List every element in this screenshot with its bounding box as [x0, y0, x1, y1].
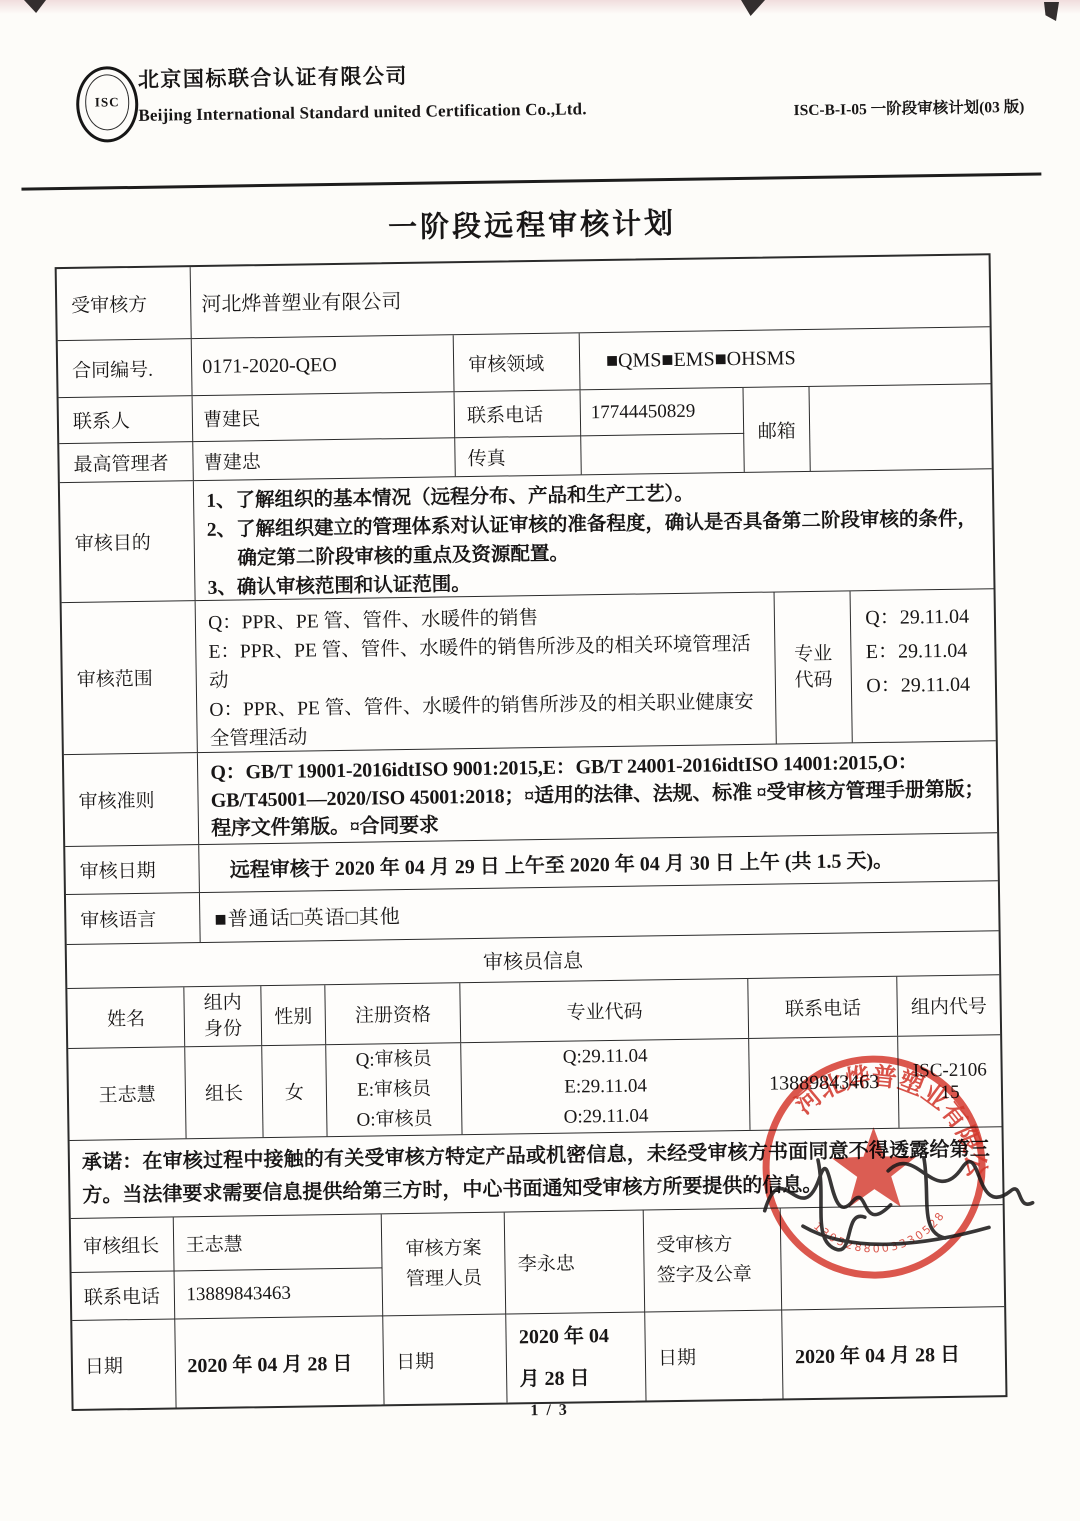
isc-logo-inner-ring: ISC: [85, 74, 130, 131]
leader-label: 审核组长: [71, 1217, 174, 1273]
manager-date: 2020 年 04 月 28 日: [507, 1312, 647, 1402]
row-contacts: 联系人 曹建民 联系电话 17744450829 邮箱 最高管理者 曹建忠 传真: [59, 384, 992, 483]
contract-label: 合同编号.: [58, 339, 193, 397]
company-name-cn: 北京国标联合认证有限公司: [138, 50, 1070, 94]
row-scope: 审核范围 Q：PPR、PE 管、管件、水暖件的销售 E：PPR、PE 管、管件、…: [62, 589, 996, 755]
specialty-code-line: E：29.11.04: [866, 633, 995, 669]
document-header: ISC 北京国标联合认证有限公司 Beijing International S…: [0, 48, 1071, 184]
purpose-content: 1、了解组织的基本情况（远程分布、产品和生产工艺）。 2、了解组织建立的管理体系…: [194, 469, 993, 600]
col-header-gender: 性别: [261, 985, 326, 1045]
auditor-name: 王志慧: [68, 1047, 187, 1140]
fax-label: 传真: [455, 436, 581, 476]
row-purpose: 审核目的 1、了解组织的基本情况（远程分布、产品和生产工艺）。 2、了解组织建立…: [60, 469, 994, 603]
contact-label: 联系人: [59, 396, 194, 444]
scope-content: Q：PPR、PE 管、管件、水暖件的销售 E：PPR、PE 管、管件、水暖件的销…: [196, 593, 777, 753]
leader-phone-label: 联系电话: [72, 1271, 175, 1321]
document-code: ISC-B-I-05 一阶段审核计划(03 版): [793, 95, 1024, 120]
page-title: 一阶段远程审核计划: [0, 195, 1072, 252]
handwritten-signature: [747, 1111, 1049, 1275]
leader-date: 2020 年 04 月 28 日: [175, 1316, 385, 1407]
scheme-manager-value: 李永忠: [505, 1211, 645, 1315]
audit-date-label: 审核日期: [65, 845, 200, 894]
col-header-name: 姓名: [67, 987, 185, 1048]
col-header-qualification: 注册资格: [325, 983, 461, 1044]
leader-phone-value: 13889843463: [174, 1268, 383, 1319]
scope-line: E：PPR、PE 管、管件、水暖件的销售所涉及的相关环境管理活动: [208, 630, 763, 696]
fax-value: [581, 434, 745, 474]
criteria-label: 审核准则: [64, 753, 200, 846]
specialty-code-label: 专业代码: [775, 591, 854, 743]
date-label-manager: 日期: [384, 1315, 508, 1405]
phone-value: 17744450829: [580, 388, 744, 436]
contact-value: 曹建民: [193, 392, 456, 442]
scope-line: O：PPR、PE 管、管件、水暖件的销售所涉及的相关职业健康安全管理活动: [209, 688, 764, 754]
purpose-label: 审核目的: [60, 481, 196, 602]
criteria-value: Q：GB/T 19001-2016idtISO 9001:2015,E：GB/T…: [198, 741, 997, 844]
email-value: [810, 384, 992, 471]
auditor-qualifications: Q:审核员 E:审核员 O:审核员: [326, 1043, 462, 1136]
auditee-date: 2020 年 04 月 28 日: [782, 1307, 1005, 1398]
contract-value: 0171-2020-QEO: [192, 335, 455, 395]
scope-label: 审核范围: [62, 601, 198, 754]
col-header-team-code: 组内代号: [898, 975, 1001, 1036]
col-header-code: 专业代码: [461, 979, 750, 1042]
specialty-code-line: Q：29.11.04: [865, 599, 994, 635]
specialty-code-line: O：29.11.04: [866, 667, 995, 703]
logo-text: ISC: [95, 94, 120, 110]
scheme-manager-label: 审核方案管理人员: [382, 1213, 507, 1317]
col-header-role: 组内身份: [185, 986, 262, 1046]
language-label: 审核语言: [66, 893, 201, 944]
auditor-gender: 女: [262, 1045, 328, 1137]
row-auditee: 受审核方 河北烨普塑业有限公司: [57, 255, 990, 341]
auditor-role: 组长: [186, 1046, 264, 1138]
auditee-value: 河北烨普塑业有限公司: [191, 255, 990, 338]
col-header-phone: 联系电话: [749, 977, 899, 1038]
email-label: 邮箱: [744, 387, 811, 472]
document-page: ISC 北京国标联合认证有限公司 Beijing International S…: [0, 0, 1080, 1412]
top-manager-label: 最高管理者: [59, 442, 194, 482]
scan-edge-noise: [0, 0, 1080, 14]
leader-value: 王志慧: [173, 1214, 383, 1271]
auditor-codes: Q:29.11.04 E:29.11.04 O:29.11.04: [461, 1039, 750, 1134]
top-manager-value: 曹建忠: [193, 438, 455, 480]
isc-logo-icon: ISC: [76, 66, 139, 143]
audit-domain-label: 审核领域: [454, 333, 581, 391]
phone-label: 联系电话: [455, 390, 581, 438]
auditee-label: 受审核方: [57, 267, 192, 340]
audit-domain-value: ■QMS■EMS■OHSMS: [580, 327, 991, 389]
row-criteria: 审核准则 Q：GB/T 19001-2016idtISO 9001:2015,E…: [64, 741, 997, 847]
specialty-code-values: Q：29.11.04 E：29.11.04 O：29.11.04: [851, 589, 996, 742]
date-label-leader: 日期: [72, 1319, 176, 1409]
date-label-auditee: 日期: [645, 1310, 783, 1400]
